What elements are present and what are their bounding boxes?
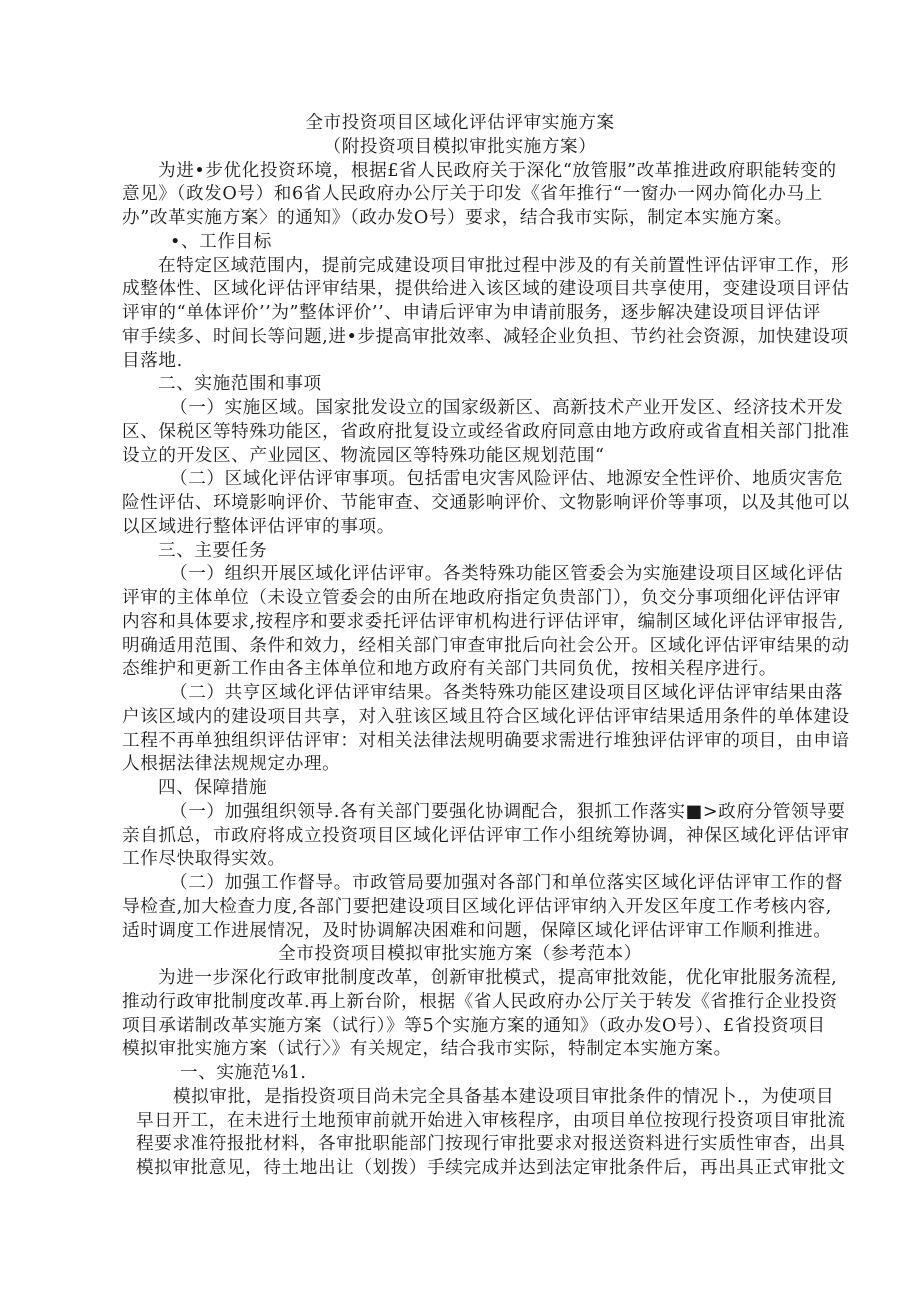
document-title: 全市投资项目区域化评估评审实施方案	[0, 112, 920, 136]
paragraph-line: 工程不再单独组织评估评审：对相关法律法规明确要求需进行堆独评估评审的项目，由申谙	[122, 730, 798, 754]
paragraph-line: 态维护和更新工作由各主体单位和地方政府有关部门共同负优，按相关程序进行。	[122, 658, 798, 682]
appendix-title: 全市投资项目模拟审批实施方案（参考范本）	[0, 943, 920, 967]
section-heading: 二、实施范围和事项	[122, 373, 798, 397]
paragraph-line: 成整体性、区域化评估评审结果，提供给进入该区域的建设项目共享使用，变建设项目评估	[122, 278, 798, 302]
appendix-paragraph-line: 模拟审批，是指投资项目尚未完全具备基本建设项目审批条件的情况卜.，为使项目	[136, 1086, 798, 1110]
paragraph-line: 审手续多、时间长等问题,进•步提高审批效率、减轻企业负担、节约社会资源，加快建设…	[122, 326, 798, 350]
paragraph-line: （二）区域化评估评审事项。包括雷电灾害风险评估、地源安全性评价、地质灾害危	[122, 468, 798, 492]
section-heading: 四、保障措施	[122, 777, 798, 801]
paragraph-line: 评审的主体单位（未设立管委会的由所在地政府指定负贵部门），负交分事项细化评估评审	[122, 587, 798, 611]
paragraph-line: 设立的开发区、产业园区、物流园区等特殊功能区规划范围“	[122, 445, 798, 469]
intro-line: 为进•步优化投资环境，根据£省人民政府关于深化“放管服”改革推进政府职能转变的	[122, 160, 798, 184]
intro-line: 办”改革实施方案〉的通知》（政办发O号）要求，结合我市实际，制定本实施方案。	[122, 207, 798, 231]
paragraph-line: 亲自抓总，市政府将成立投资项目区域化评估评审工作小组统筹协调，神保区域化评估评审	[122, 825, 798, 849]
section-heading: 三、主要任务	[122, 540, 798, 564]
paragraph-line: （二）共亨区域化评估评审结果。各类特殊功能区建设项目区域化评估评审结果由落	[122, 682, 798, 706]
document-page: 全市投资项目区域化评估评审实施方案 （附投资项目模拟审批实施方案） 为进•步优化…	[0, 112, 920, 1181]
appendix-intro-line: 推动行政审批制度改革.再上新台阶，根据《省人民政府办公厅关于转发《省推行企业投资	[122, 991, 798, 1015]
paragraph-line: （二）加强工作督导。市政管局要加强对各部门和单位落实区域化评估评审工作的督	[122, 872, 798, 896]
paragraph-line: （一）组织开展区域化评估评审。各类特殊功能区管委会为实施建设项目区域化评估	[122, 563, 798, 587]
paragraph-line: 适时调度工作进展情况，及时协调解决困难和问题，保障区域化评估评审工作顺利推进。	[122, 920, 798, 944]
appendix-intro-line: 项目承诺制改革实施方案（试行）》等5个实施方案的通知》（政办发O号）、£省投资项…	[122, 1015, 798, 1039]
appendix-paragraph-line: 早日开工，在未进行土地预审前就开始进入审核程序，由项目单位按现行投资项目审批流	[136, 1110, 798, 1134]
appendix-paragraph-line: 模拟审批意见，待土地出让（划拨）手续完成并达到法定审批条件后，再出具正式审批文	[136, 1157, 798, 1181]
paragraph-line: 导检查,加大检查力度,各部门要把建设项目区域化评估评审纳入开发区年度工作考核内容…	[122, 896, 798, 920]
appendix-intro-line: 为进一步深化行政审批制度改革，创新审批模式，提高审批效能，优化审批服务流程,	[122, 967, 798, 991]
paragraph-line: 区、保税区等特殊功能区，省政府批复设立或经省政府同意由地方政府或省直相关部门批准	[122, 421, 798, 445]
appendix-section-heading: 一、实施范⅛1.	[122, 1062, 798, 1086]
paragraph-line: 明确适用范围、条件和效力，经相关部门审查审批后向社会公开。区域化评估评审结果的动	[122, 635, 798, 659]
paragraph-line: （一）加强组织领导.各有关部门要强化协调配合，狠抓工作落实■>政府分管领导要	[122, 801, 798, 825]
paragraph-line: 目落地.	[122, 350, 798, 374]
paragraph-line: （一）实施区域。国家批发设立的国家级新区、高新技术产业开发区、经济技术开发	[122, 397, 798, 421]
paragraph-line: 内容和具体要求,按程序和要求委托评估评审机构进行评估评审，编制区域化评估评审报告…	[122, 611, 798, 635]
paragraph-line: 工作尽快取得实效。	[122, 848, 798, 872]
section-heading: •、工作目标	[122, 231, 798, 255]
paragraph-line: 人根据法律法规规定办理。	[122, 753, 798, 777]
paragraph-line: 以区域进行整体评估评审的事项。	[122, 516, 798, 540]
paragraph-line: 评审的“单体评价’’为”整体评价’’、申请后评审为申请前服务，逐步解决建设项目评…	[122, 302, 798, 326]
paragraph-line: 险性评估、环境影响评价、节能审查、交通影响评价、文物影响评价等事项，以及其他可以	[122, 492, 798, 516]
document-subtitle: （附投资项目模拟审批实施方案）	[0, 136, 920, 160]
paragraph-line: 户该区域内的建设项目共享，对入驻该区域且符合区域化评估评审结果适用条件的单体建设	[122, 706, 798, 730]
intro-line: 意见》（政发O号）和6省人民政府办公厅关于印发《省年推行“一窗办一网办简化办马上	[122, 183, 798, 207]
paragraph-line: 在特定区域范围内，提前完成建设项目审批过程中涉及的有关前置性评估评审工作，形	[122, 255, 798, 279]
appendix-paragraph-line: 程要求准符报批材料，各审批职能部门按现行审批要求对报送资料进行实质性审杳，出具	[136, 1133, 798, 1157]
appendix-intro-line: 模拟审批实施方案（试行〉》有关规定，结合我市实际，特制定本实施方案。	[122, 1038, 798, 1062]
